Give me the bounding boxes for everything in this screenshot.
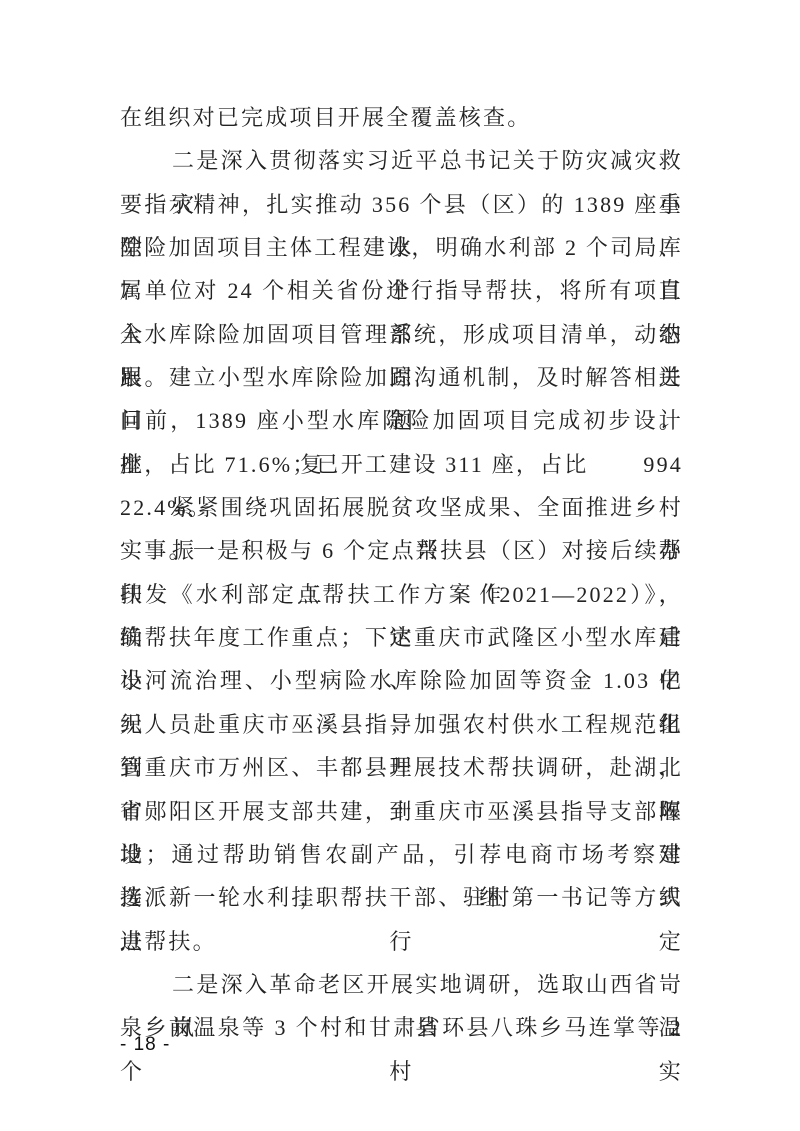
document-page: 在组织对已完成项目开展全覆盖核查。二是深入贯彻落实习近平总书记关于防灾减灾救灾重…	[0, 0, 800, 1131]
document-line: 目前，1389 座小型水库除险加固项目完成初步设计批复 994	[120, 399, 683, 442]
document-line: 织人员赴重庆市巫溪县指导加强农村供水工程规范化管理，	[120, 703, 683, 746]
document-line: 到重庆市万州区、丰都县开展技术帮扶调研，赴湖北省十堰	[120, 746, 683, 789]
document-line: 实事。一是积极与 6 个定点帮扶县（区）对接后续帮扶工作，	[120, 529, 683, 572]
document-line: 市郧阳区开展支部共建，到重庆市巫溪县指导支部阵地建	[120, 790, 683, 833]
document-line: 除险加固项目主体工程建设，明确水利部 2 个司局、7 个直	[120, 226, 683, 269]
document-line: 要指示精神，扎实推动 356 个县（区）的 1389 座小型水库	[120, 183, 683, 226]
document-line: 选派新一轮水利挂职帮扶干部、驻村第一书记等方式进行定	[120, 876, 683, 919]
document-line: 在组织对已完成项目开展全覆盖核查。	[120, 96, 683, 139]
document-line: 设；通过帮助销售农副产品，引荐电商市场考察对接，组织	[120, 833, 683, 876]
document-line: 展。建立小型水库除险加固沟通机制，及时解答相关问题。	[120, 356, 683, 399]
document-line: 续帮扶年度工作重点；下达重庆市武隆区小型水库建设、中	[120, 616, 683, 659]
document-line: 入水库除险加固项目管理系统，形成项目清单，动态跟踪进	[120, 313, 683, 356]
document-line: 属单位对 24 个相关省份进行指导帮扶，将所有项目全部纳	[120, 269, 683, 312]
document-line: 小河流治理、小型病险水库除险加固等资金 1.03 亿元；组	[120, 659, 683, 702]
document-line: 二是深入革命老区开展实地调研，选取山西省岢岚县温	[120, 963, 683, 1006]
document-line: 二是深入贯彻落实习近平总书记关于防灾减灾救灾重	[120, 139, 683, 182]
page-number: - 18 -	[120, 1033, 170, 1056]
document-line: 紧紧围绕巩固拓展脱贫攻坚成果、全面推进乡村振兴办	[120, 486, 683, 529]
text-block: 在组织对已完成项目开展全覆盖核查。二是深入贯彻落实习近平总书记关于防灾减灾救灾重…	[120, 96, 683, 1050]
document-line: 泉乡前温泉等 3 个村和甘肃省环县八珠乡马连掌等 2 个村实	[120, 1006, 683, 1049]
document-line: 印发《水利部定点帮扶工作方案（2021—2022）》，确定后	[120, 573, 683, 616]
